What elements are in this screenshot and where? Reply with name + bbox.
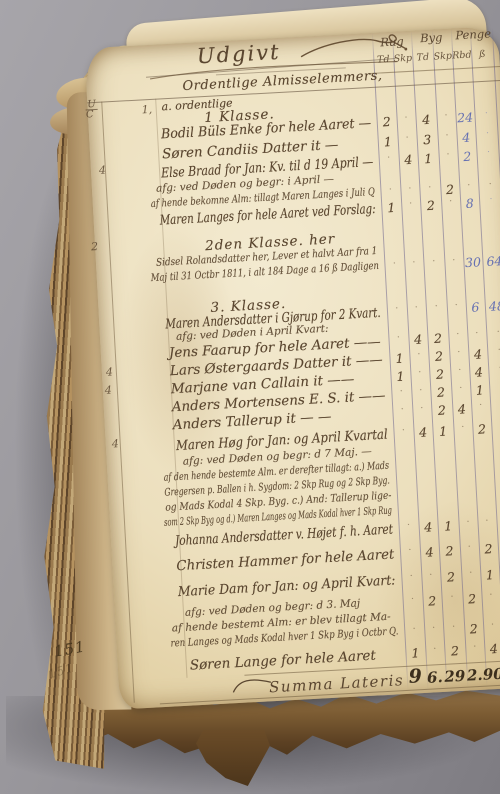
value-cell: · <box>474 108 499 119</box>
value-cell: 4 <box>413 424 433 440</box>
value-cell: · <box>401 571 422 582</box>
total-rug-td: 9 <box>404 665 426 688</box>
entry-text: Marie Dam for Jan: og April Kvart: <box>177 572 395 600</box>
value-cell: 2 <box>420 197 442 213</box>
value-cell: · <box>397 133 417 144</box>
value-cell: 2 <box>440 569 462 585</box>
value-cell: 2 <box>457 148 477 164</box>
value-cell: · <box>380 185 401 196</box>
value-cell: · <box>401 199 421 210</box>
value-cell: · <box>387 303 408 314</box>
value-cell: · <box>412 403 432 414</box>
value-cell: · <box>392 404 413 415</box>
value-cell: · <box>483 620 500 631</box>
value-cell: 4 <box>415 112 437 128</box>
value-cell: · <box>393 425 414 436</box>
value-cell: 8 <box>460 195 480 211</box>
value-cell: 2 <box>427 330 449 346</box>
value-cell: · <box>436 110 456 121</box>
value-cell: · <box>448 329 468 340</box>
value-cell: · <box>487 345 500 356</box>
value-cell: · <box>438 149 458 160</box>
value-cell: 2 <box>439 543 461 559</box>
value-cell: 2 <box>431 402 453 418</box>
value-cell: · <box>496 515 500 526</box>
photo-of-ledger: Udgivt Ordentlige Almisselemmers, Rug By… <box>0 0 500 794</box>
value-cell: 2 <box>440 181 460 197</box>
value-cell: · <box>465 642 485 653</box>
value-cell: 2 <box>428 348 450 364</box>
value-cell: · <box>419 182 441 193</box>
value-cell: · <box>411 385 431 396</box>
value-cell: · <box>404 257 424 268</box>
value-cell: · <box>447 300 467 311</box>
value-cell: 2 <box>429 366 451 382</box>
value-cell: 24 <box>455 109 475 125</box>
value-cell: · <box>443 622 465 633</box>
value-cell: 1 <box>417 150 439 166</box>
value-cell: 1 <box>381 200 402 216</box>
total-penge-rbd: 90 <box>481 665 500 684</box>
value-cell: · <box>444 255 464 266</box>
value-cell: · <box>450 365 470 376</box>
value-cell: 4 <box>418 519 438 535</box>
value-cell: 3 <box>416 131 438 147</box>
value-cell: · <box>424 623 444 634</box>
summa-label: Summa Lateris <box>269 671 405 696</box>
value-cell: 1 <box>390 368 411 384</box>
value-cell: 2 <box>472 421 492 437</box>
value-cell: 1 <box>405 645 426 661</box>
value-cell: · <box>476 147 500 158</box>
value-cell: 4 <box>420 544 440 560</box>
value-cell: 1 <box>389 350 410 366</box>
value-cell: · <box>396 113 416 124</box>
value-cell: · <box>459 180 479 191</box>
value-cell: · <box>477 516 497 527</box>
value-cell: 2 <box>462 591 482 607</box>
value-cell: 2 <box>430 384 452 400</box>
value-cell: 4 <box>452 401 472 417</box>
value-cell: · <box>423 256 445 267</box>
value-cell: 6 <box>466 299 486 315</box>
ledger-page: Udgivt Ordentlige Almisselemmers, Rug By… <box>84 26 500 709</box>
value-cell: · <box>400 184 420 195</box>
value-cell: · <box>486 327 500 338</box>
value-cell: · <box>471 400 491 411</box>
value-cell: 64 <box>482 253 500 269</box>
value-cell: · <box>451 383 471 394</box>
value-cell: · <box>441 196 461 207</box>
value-cell: 2 <box>376 114 397 130</box>
value-cell: · <box>475 128 500 139</box>
value-cell: · <box>384 258 405 269</box>
value-cell: · <box>421 570 441 581</box>
value-cell: 2 <box>464 621 484 637</box>
value-cell: · <box>489 381 500 392</box>
value-cell: · <box>488 363 500 374</box>
value-cell: 4 <box>468 346 488 362</box>
value-cell: · <box>409 349 429 360</box>
value-cell: · <box>398 520 419 531</box>
value-cell: 1 <box>377 134 398 150</box>
value-cell: · <box>491 420 500 431</box>
value-cell: · <box>400 545 421 556</box>
value-cell: 2 <box>479 541 499 557</box>
value-cell: 30 <box>463 254 483 270</box>
value-cell: · <box>404 624 425 635</box>
value-cell: · <box>410 367 430 378</box>
value-cell: · <box>426 301 448 312</box>
value-cell: 4 <box>398 152 418 168</box>
value-cell: · <box>479 194 500 205</box>
value-cell: · <box>490 399 500 410</box>
value-cell: 2 <box>422 593 442 609</box>
value-cell: 4 <box>456 129 476 145</box>
value-cell: 48 <box>484 298 500 314</box>
entries-layer: a. ordentlige1 Klasse.Bodil Büls Enke fo… <box>84 26 500 709</box>
value-cell: · <box>388 332 409 343</box>
value-cell: · <box>407 302 427 313</box>
value-cell: 4 <box>408 331 428 347</box>
value-cell: · <box>460 542 480 553</box>
value-cell: · <box>467 328 487 339</box>
value-cell: 4 <box>469 364 489 380</box>
value-cell: · <box>453 422 473 433</box>
value-cell: · <box>391 386 412 397</box>
value-cell: · <box>461 568 481 579</box>
value-cell: · <box>481 590 500 601</box>
value-cell: · <box>458 517 478 528</box>
value-cell: 4 <box>484 641 500 657</box>
value-cell: 2 <box>444 643 466 659</box>
value-cell: · <box>449 347 469 358</box>
value-cell: · <box>441 592 463 603</box>
value-cell: · <box>378 153 399 164</box>
entry-text: Christen Hammer for hele Aaret <box>176 546 395 574</box>
value-cell: 1 <box>437 518 459 534</box>
value-cell: 1 <box>432 423 454 439</box>
value-cell: · <box>402 594 423 605</box>
value-cell: 1 <box>480 567 500 583</box>
value-cell: · <box>478 179 500 190</box>
value-cell: · <box>425 644 445 655</box>
value-cell: 1 <box>470 382 490 398</box>
value-cell: · <box>437 130 457 141</box>
